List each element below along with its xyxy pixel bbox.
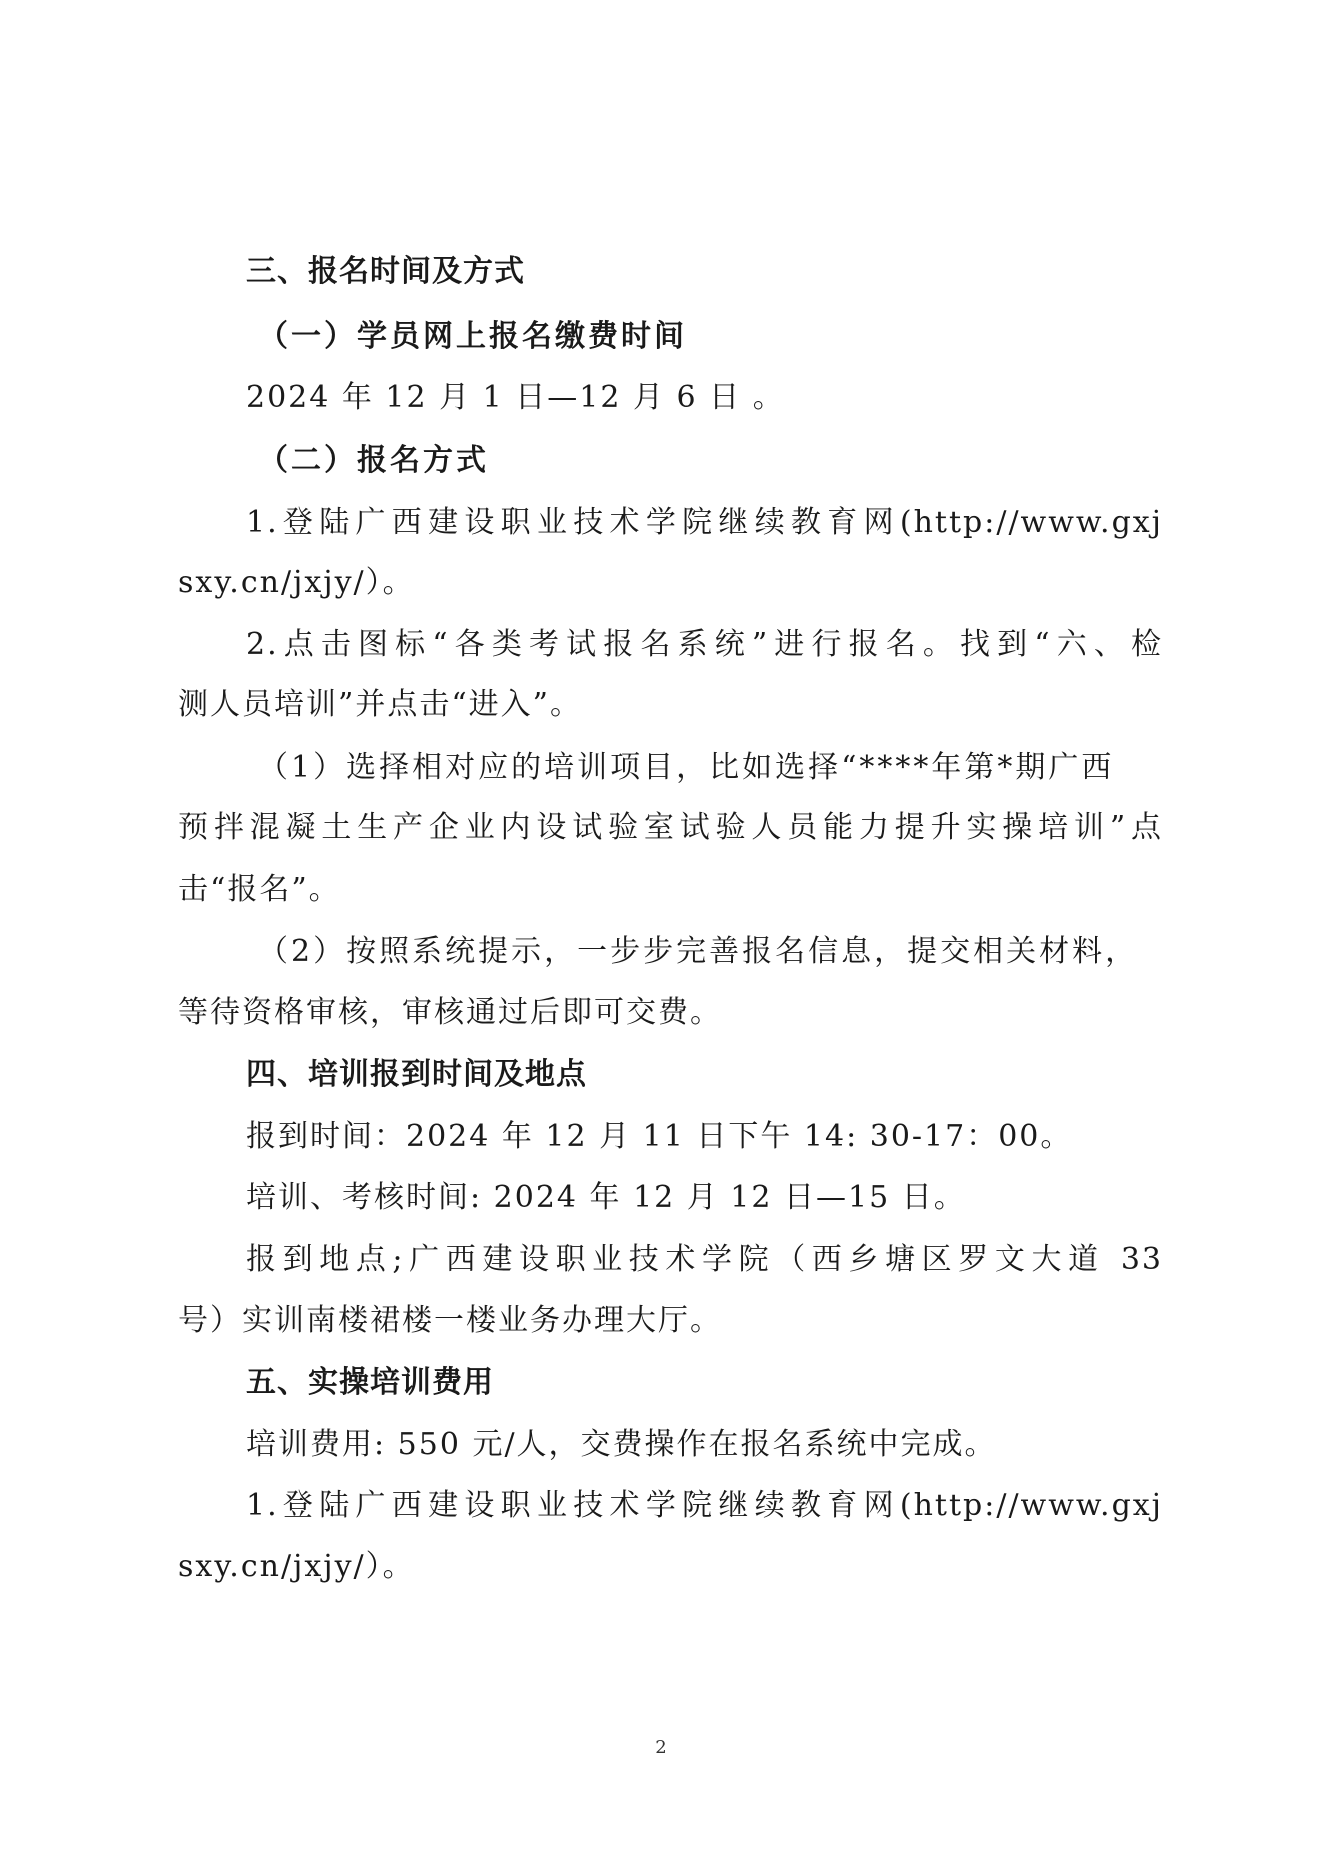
checkin-location-line-1: 报到地点;广西建设职业技术学院（西乡塘区罗文大道 33 bbox=[246, 1240, 1163, 1280]
step-2-2-line-1: （2）按照系统提示，一步步完善报名信息，提交相关材料， bbox=[258, 932, 1163, 972]
section-heading-registration: 三、报名时间及方式 bbox=[246, 252, 1163, 292]
training-fee: 培训费用: 550 元/人，交费操作在报名系统中完成。 bbox=[246, 1425, 1163, 1465]
section-heading-fees: 五、实操培训费用 bbox=[246, 1363, 1163, 1403]
step-2-1-line-3: 击“报名”。 bbox=[178, 870, 1163, 910]
step-2-line-1: 2.点击图标“各类考试报名系统”进行报名。找到“六、检 bbox=[246, 625, 1163, 665]
checkin-time: 报到时间：2024 年 12 月 11 日下午 14: 30-17：00。 bbox=[246, 1117, 1163, 1157]
subsection-heading-method: （二）报名方式 bbox=[258, 441, 1243, 481]
step-1-line-1: 1.登陆广西建设职业技术学院继续教育网(http://www.gxj bbox=[246, 503, 1163, 543]
step-1-line-2: sxy.cn/jxjy/）。 bbox=[178, 563, 1163, 603]
registration-dates: 2024 年 12 月 1 日—12 月 6 日 。 bbox=[246, 378, 1163, 418]
section-heading-checkin: 四、培训报到时间及地点 bbox=[246, 1055, 1163, 1095]
step-2-2-line-2: 等待资格审核，审核通过后即可交费。 bbox=[178, 993, 1163, 1033]
document-page: 三、报名时间及方式 （一）学员网上报名缴费时间 2024 年 12 月 1 日—… bbox=[0, 0, 1322, 1871]
checkin-location-line-2: 号）实训南楼裙楼一楼业务办理大厅。 bbox=[178, 1301, 1163, 1341]
training-exam-time: 培训、考核时间: 2024 年 12 月 12 日—15 日。 bbox=[246, 1178, 1163, 1218]
fee-step-1-line-1: 1.登陆广西建设职业技术学院继续教育网(http://www.gxj bbox=[246, 1486, 1163, 1526]
step-2-line-2: 测人员培训”并点击“进入”。 bbox=[178, 685, 1163, 725]
subsection-heading-online-time: （一）学员网上报名缴费时间 bbox=[258, 317, 1243, 357]
step-2-1-line-2: 预拌混凝土生产企业内设试验室试验人员能力提升实操培训”点 bbox=[178, 808, 1163, 848]
page-number: 2 bbox=[0, 1737, 1322, 1758]
step-2-1-line-1: （1）选择相对应的培训项目，比如选择“****年第*期广西 bbox=[258, 748, 1163, 788]
fee-step-1-line-2: sxy.cn/jxjy/）。 bbox=[178, 1547, 1163, 1587]
